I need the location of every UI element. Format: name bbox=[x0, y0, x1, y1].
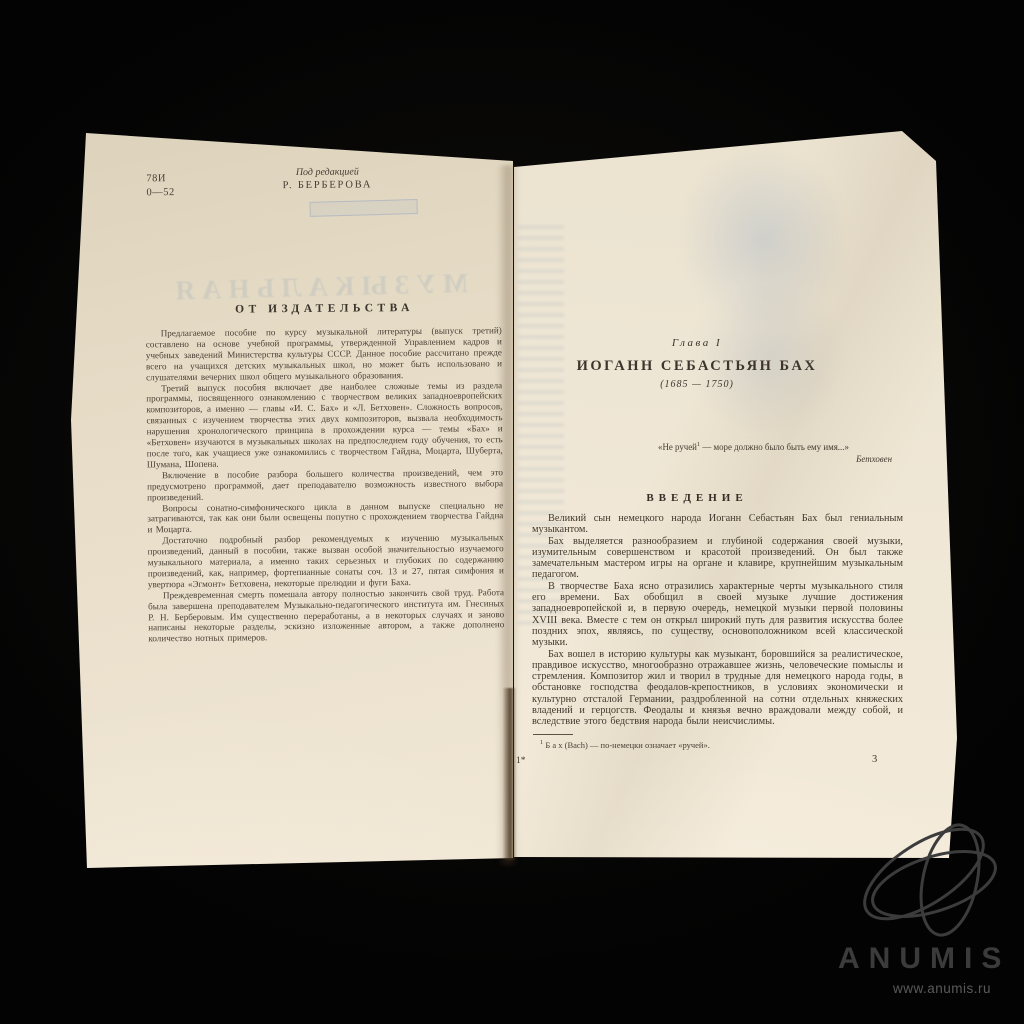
publisher-paragraph: Преждевременная смерть помешала автору п… bbox=[148, 587, 504, 645]
footnote: 1 Б а х (Bach) — по-немецки означает «ру… bbox=[540, 739, 850, 750]
publisher-paragraph: Третий выпуск пособия включает две наибо… bbox=[146, 380, 503, 470]
epigraph-author: Бетховен bbox=[658, 454, 910, 464]
chapter-heading-block: Глава I ИОГАНН СЕБАСТЬЯН БАХ (1685 — 175… bbox=[532, 337, 862, 390]
epigraph: «Не ручей1 — море должно было быть ему и… bbox=[658, 441, 910, 464]
introduction-paragraph: Великий сын немецкого народа Иоганн Себа… bbox=[532, 513, 903, 536]
ink-stamp bbox=[309, 199, 417, 217]
book-photo: 78И 0—52 Под редакцией Р. БЕРБЕРОВА МУЗЫ… bbox=[0, 0, 1024, 1024]
introduction-body: Великий сын немецкого народа Иоганн Себа… bbox=[532, 513, 903, 728]
footnote-text: Б а х (Bach) — по-немецки означает «руче… bbox=[543, 740, 710, 750]
introduction-paragraph: В творчестве Баха ясно отразились характ… bbox=[532, 581, 903, 649]
editor-credit-name: Р. БЕРБЕРОВА bbox=[265, 179, 389, 191]
catalog-code-line1: 78И bbox=[146, 172, 174, 186]
publisher-paragraph: Включение в пособие разбора большего кол… bbox=[147, 467, 503, 503]
signature-mark: 1* bbox=[516, 756, 526, 766]
portrait-show-through bbox=[648, 150, 878, 480]
footnote-rule bbox=[533, 734, 573, 735]
watermark-brand: ANUMIS bbox=[838, 942, 1010, 976]
catalog-code: 78И 0—52 bbox=[146, 172, 174, 199]
epigraph-quote: «Не ручей1 — море должно было быть ему и… bbox=[658, 441, 910, 452]
publisher-paragraph: Достаточно подробный разбор рекомендуемы… bbox=[147, 532, 503, 590]
editor-credit-label: Под редакцией bbox=[265, 166, 389, 178]
introduction-paragraph: Бах выделяется разнообразием и глубиной … bbox=[532, 536, 903, 581]
chapter-label: Глава I bbox=[532, 337, 862, 349]
chapter-title: ИОГАНН СЕБАСТЬЯН БАХ bbox=[532, 358, 862, 375]
watermark-url: www.anumis.ru bbox=[893, 981, 991, 996]
introduction-paragraph: Бах вошел в историю культуры как музыкан… bbox=[532, 649, 903, 728]
epigraph-text-open: «Не ручей bbox=[658, 442, 697, 452]
page-number: 3 bbox=[872, 754, 877, 765]
editor-credit: Под редакцией Р. БЕРБЕРОВА bbox=[265, 166, 389, 191]
publisher-note-body: Предлагаемое пособие по курсу музыкально… bbox=[146, 325, 505, 644]
publisher-note-heading: ОТ ИЗДАТЕЛЬСТВА bbox=[146, 301, 502, 316]
publisher-paragraph: Предлагаемое пособие по курсу музыкально… bbox=[146, 325, 502, 383]
catalog-code-line2: 0—52 bbox=[146, 186, 174, 200]
watermark-rings-icon bbox=[852, 822, 1004, 953]
chapter-years: (1685 — 1750) bbox=[532, 379, 862, 390]
introduction-heading: ВВЕДЕНИЕ bbox=[532, 492, 862, 504]
publisher-paragraph: Вопросы сонатно-симфонического цикла в д… bbox=[147, 500, 503, 536]
epigraph-text-rest: — море должно было быть ему имя...» bbox=[700, 442, 849, 452]
